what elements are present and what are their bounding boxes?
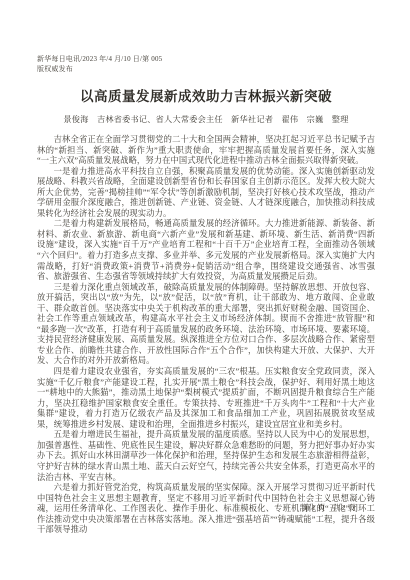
article-byline: 景俊海 吉林省委书记、省人大常委会主任 新华社记者 翟伟 宗巍 整理 [37, 114, 375, 125]
body-paragraph: 三是着力深化重点领域改革，破除高质量发展的体制障碍。坚持解放思想、开放包容、放开… [37, 283, 375, 367]
page-content: 新华每日电讯/2023 年/4 月/10 日/第 005 版权威发布 以高质量发… [37, 55, 375, 536]
publication-section-line: 版权威发布 [37, 65, 375, 75]
publication-date-line: 新华每日电讯/2023 年/4 月/10 日/第 005 [37, 55, 375, 65]
body-paragraph: 五是着力增进民生福祉，提升高质量发展的温度质感。坚持以人民为中心的发展思想，加强… [37, 430, 375, 483]
masthead: 新华每日电讯/2023 年/4 月/10 日/第 005 版权威发布 [37, 55, 375, 74]
body-paragraph: 吉林全省正在全面学习贯彻党的二十大和全国两会精神，坚决扛起习近平总书记赋予吉林的… [37, 135, 375, 167]
article-title: 以高质量发展新成效助力吉林振兴新突破 [37, 85, 375, 105]
body-paragraph: 一是着力推进高水平科技自立自强，积聚高质量发展的优势动能。深入实施创新驱动发展战… [37, 167, 375, 220]
body-paragraph: 二是着力构建新发展格局，畅通高质量发展的经济循环。大力推进新能源、新装备、新材料… [37, 219, 375, 282]
body-paragraph: 四是着力建设农业强省，夯实高质量发展的“三农”根基。压实粮食安全党政同责，深入实… [37, 367, 375, 430]
page-number-indicator: 第 1 页 共 2 页 [303, 502, 356, 513]
article-body: 吉林全省正在全面学习贯彻党的二十大和全国两会精神，坚决扛起习近平总书记赋予吉林的… [37, 135, 375, 536]
document-page: 新华每日电讯/2023 年/4 月/10 日/第 005 版权威发布 以高质量发… [0, 0, 410, 580]
